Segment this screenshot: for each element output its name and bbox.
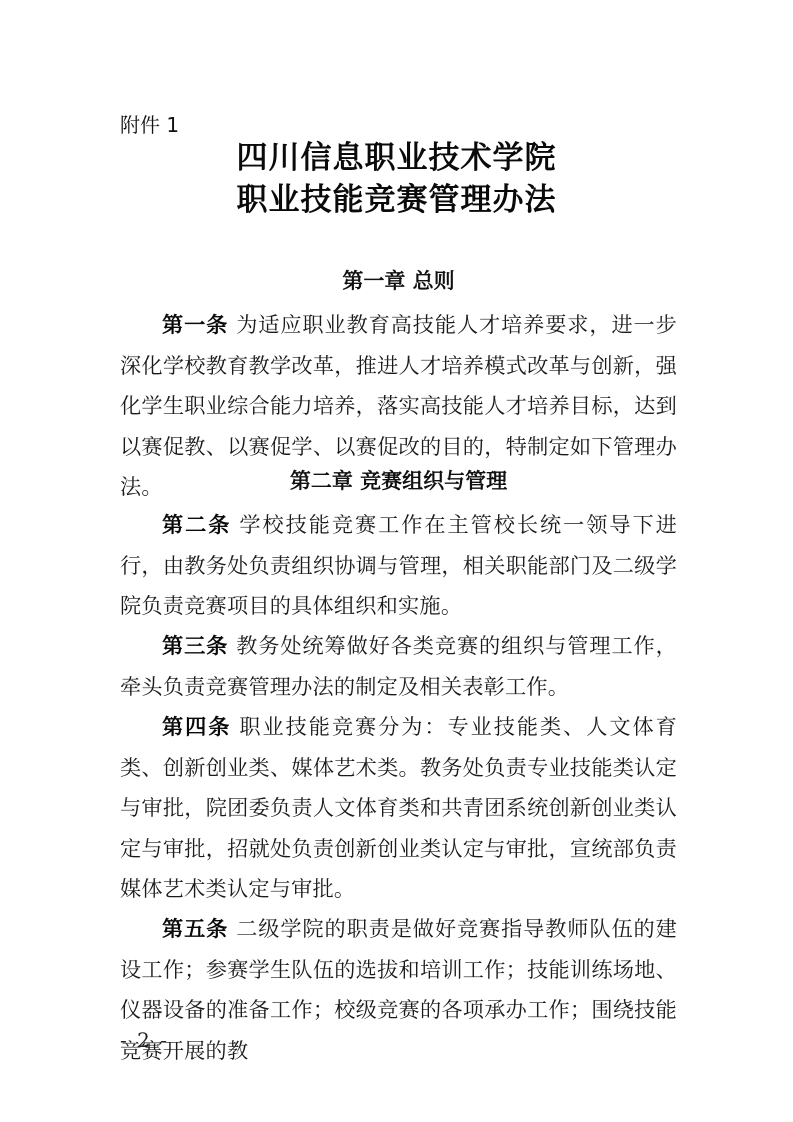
document-title-line-1: 四川信息职业技术学院 [0,138,793,178]
article-number: 第五条 [162,916,228,941]
article-text: 职业技能竞赛分为：专业技能类、人文体育类、创新创业类、媒体艺术类。教务处负责专业… [120,714,677,901]
article-number: 第三条 [162,633,228,658]
chapter-heading-1: 第一章 总则 [120,267,677,295]
article-number: 第二条 [162,512,231,537]
article-number: 第四条 [162,714,231,739]
page-number: - 2 - [120,1028,169,1052]
document-page: 附件 1 四川信息职业技术学院 职业技能竞赛管理办法 第一章 总则 第一条为适应… [0,0,793,1122]
article-3: 第三条教务处统筹做好各类竞赛的组织与管理工作，牵头负责竞赛管理办法的制定及相关表… [120,626,677,707]
attachment-label: 附件 1 [120,112,179,138]
article-4: 第四条职业技能竞赛分为：专业技能类、人文体育类、创新创业类、媒体艺术类。教务处负… [120,707,677,910]
article-2: 第二条学校技能竞赛工作在主管校长统一领导下进行，由教务处负责组织协调与管理，相关… [120,505,677,627]
chapter-heading-2: 第二章 竞赛组织与管理 [120,467,677,495]
document-title-line-2: 职业技能竞赛管理办法 [0,180,793,220]
article-number: 第一条 [162,312,228,337]
article-5: 第五条二级学院的职责是做好竞赛指导教师队伍的建设工作；参赛学生队伍的选拔和培训工… [120,909,677,1071]
